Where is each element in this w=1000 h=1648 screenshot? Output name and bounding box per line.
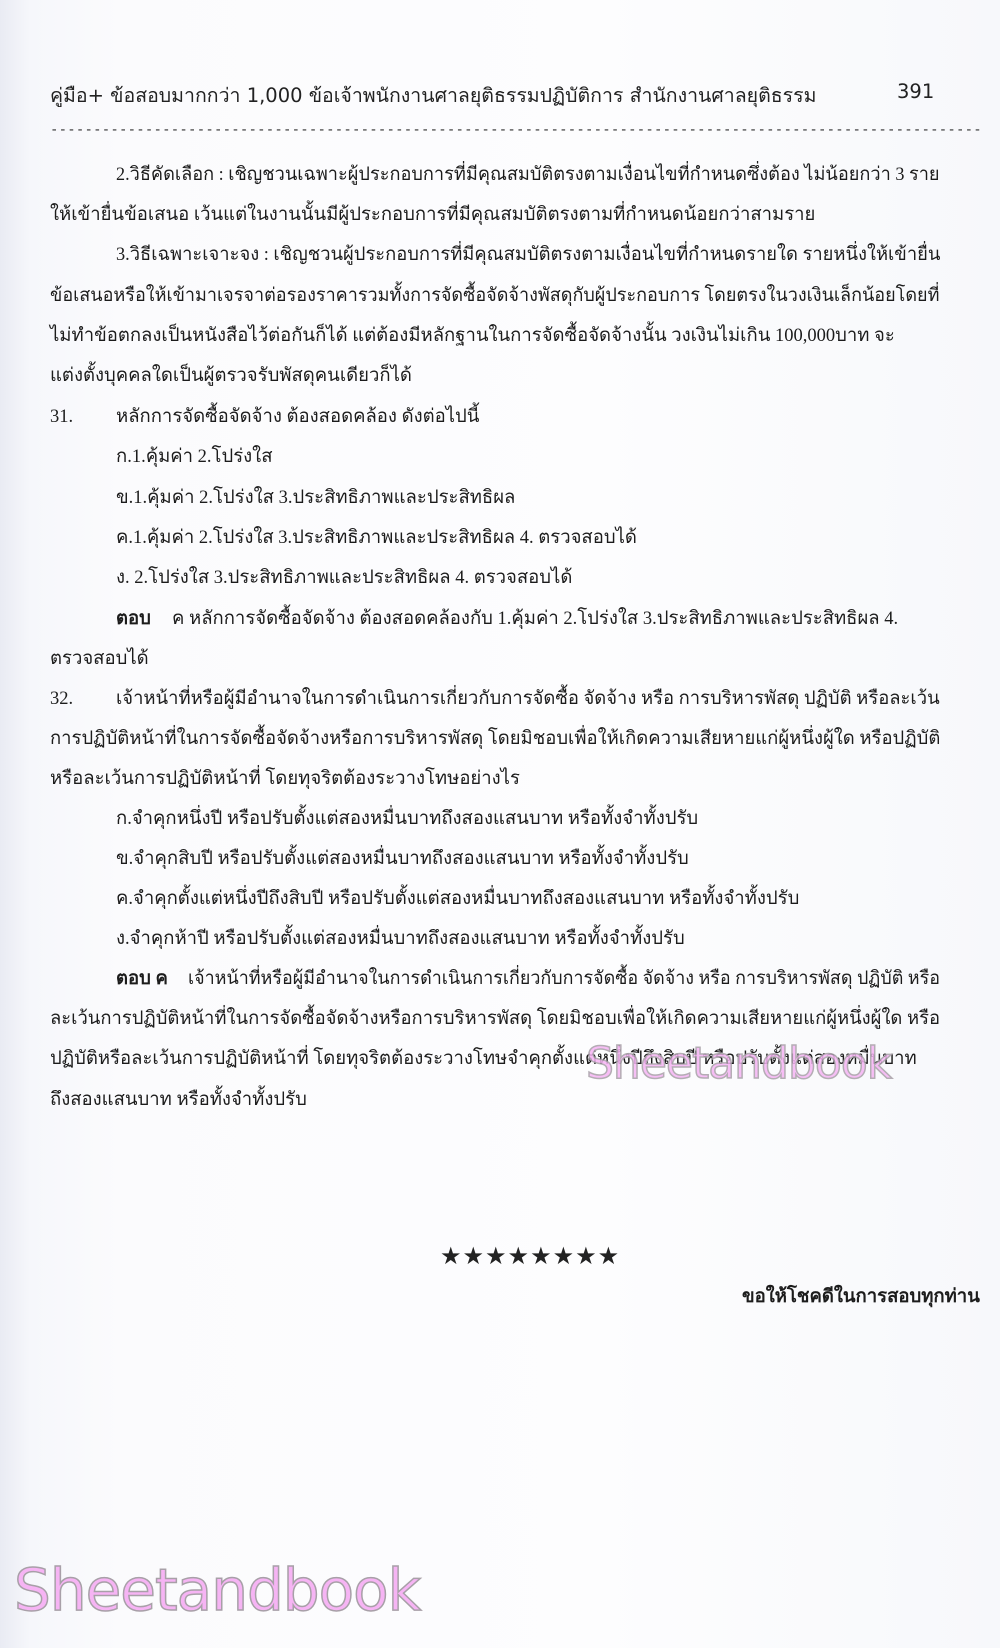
- question-32-answer-line2: ละเว้นการปฏิบัติหน้าที่ในการจัดซื้อจัดจ้…: [50, 1006, 940, 1034]
- document-page: คู่มือ+ ข้อสอบมากกว่า 1,000 ข้อเจ้าพนักง…: [0, 0, 1000, 1648]
- question-32-option-a: ก.จำคุกหนึ่งปี หรือปรับตั้งแต่สองหมื่นบา…: [116, 806, 698, 834]
- question-32-answer-line1: เจ้าหน้าที่หรือผู้มีอำนาจในการดำเนินการเ…: [188, 966, 940, 994]
- question-31-answer-line1: ค หลักการจัดซื้อจัดจ้าง ต้องสอดคล้องกับ …: [172, 606, 898, 634]
- question-31-number: 31.: [50, 404, 73, 432]
- question-32-line2: การปฏิบัติหน้าที่ในการจัดซื้อจัดจ้างหรือ…: [50, 726, 940, 754]
- closing-message: ขอให้โชคดีในการสอบทุกท่าน: [742, 1282, 980, 1311]
- question-32-option-d: ง.จำคุกห้าปี หรือปรับตั้งแต่สองหมื่นบาทถ…: [116, 926, 685, 954]
- question-31-option-a: ก.1.คุ้มค่า 2.โปร่งใส: [116, 444, 273, 472]
- question-32-answer-line4: ถึงสองแสนบาท หรือทั้งจำทั้งปรับ: [50, 1087, 307, 1115]
- question-31-option-b: ข.1.คุ้มค่า 2.โปร่งใส 3.ประสิทธิภาพและปร…: [116, 485, 515, 513]
- question-32-line1: เจ้าหน้าที่หรือผู้มีอำนาจในการดำเนินการเ…: [116, 686, 940, 714]
- watermark-bottom: Sheetandbook: [14, 1556, 420, 1624]
- question-31-option-c: ค.1.คุ้มค่า 2.โปร่งใส 3.ประสิทธิภาพและปร…: [116, 525, 637, 553]
- question-32-number: 32.: [50, 686, 73, 714]
- question-32-option-c: ค.จำคุกตั้งแต่หนึ่งปีถึงสิบปี หรือปรับตั…: [116, 886, 799, 914]
- question-31-answer-label: ตอบ: [116, 606, 151, 634]
- question-31-text: หลักการจัดซื้อจัดจ้าง ต้องสอดคล้อง ดังต่…: [116, 404, 479, 432]
- book-title: คู่มือ+ ข้อสอบมากกว่า 1,000 ข้อเจ้าพนักง…: [50, 80, 816, 111]
- header-divider: ----------------------------------------…: [50, 122, 980, 138]
- page-header: คู่มือ+ ข้อสอบมากกว่า 1,000 ข้อเจ้าพนักง…: [50, 80, 950, 114]
- watermark-middle: Sheetandbook: [586, 1038, 891, 1089]
- method3-line3: ไม่ทำข้อตกลงเป็นหนังสือไว้ต่อกันก็ได้ แต…: [50, 323, 895, 351]
- question-31-answer-line2: ตรวจสอบได้: [50, 646, 149, 674]
- method3-line2: ข้อเสนอหรือให้เข้ามาเจรจาต่อรองราคารวมทั…: [50, 283, 939, 311]
- method3-line1: 3.วิธีเฉพาะเจาะจง : เชิญชวนผู้ประกอบการท…: [116, 242, 940, 270]
- method2-line2: ให้เข้ายื่นข้อเสนอ เว้นแต่ในงานนั้นมีผู้…: [50, 202, 815, 230]
- question-32-line3: หรือละเว้นการปฏิบัติหน้าที่ โดยทุจริตต้อ…: [50, 766, 520, 794]
- method3-line4: แต่งตั้งบุคคลใดเป็นผู้ตรวจรับพัสดุคนเดีย…: [50, 363, 412, 391]
- star-divider: ★★★★★★★★: [440, 1242, 620, 1270]
- page-number: 391: [897, 80, 934, 103]
- method2-line1: 2.วิธีคัดเลือก : เชิญชวนเฉพาะผู้ประกอบกา…: [116, 162, 940, 190]
- question-31-option-d: ง. 2.โปร่งใส 3.ประสิทธิภาพและประสิทธิผล …: [116, 565, 572, 593]
- question-32-option-b: ข.จำคุกสิบปี หรือปรับตั้งแต่สองหมื่นบาทถ…: [116, 846, 689, 874]
- question-32-answer-label: ตอบ ค: [116, 966, 168, 994]
